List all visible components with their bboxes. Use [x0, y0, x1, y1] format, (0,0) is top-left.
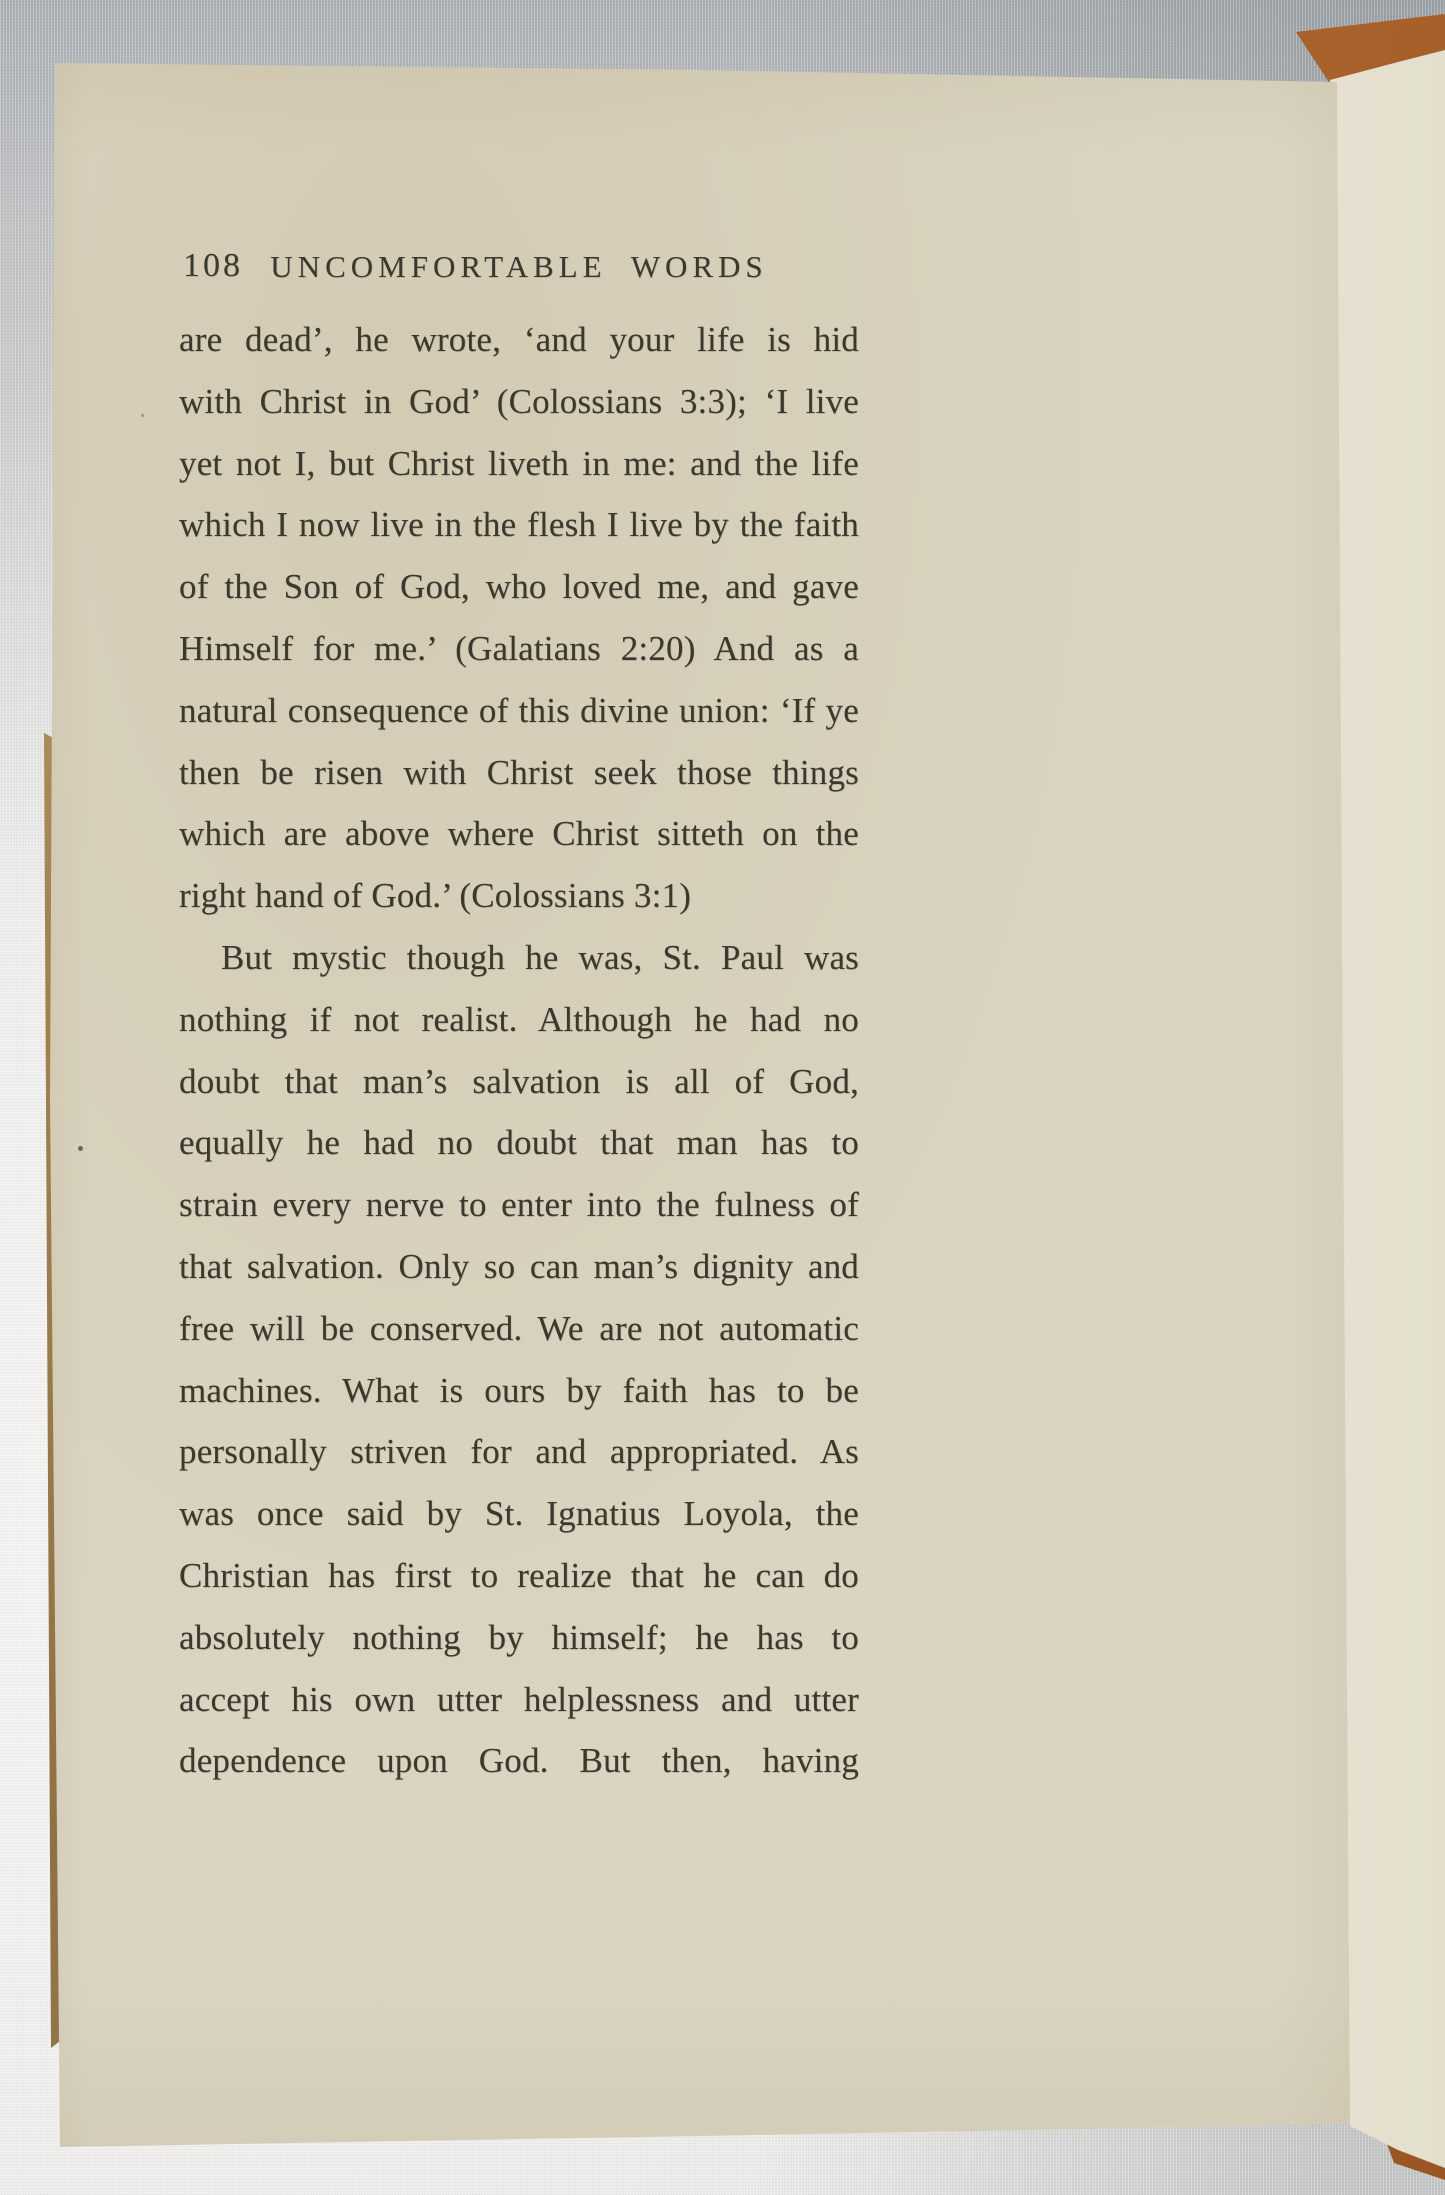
text-line: yet not I, but Christ liveth in me: and … [179, 433, 859, 495]
text-line: are dead’, he wrote, ‘and your life is h… [179, 309, 859, 371]
text-line: natural consequence of this divine union… [179, 680, 859, 742]
text-line: of the Son of God, who loved me, and gav… [179, 556, 859, 618]
text-line: equally he had no doubt that man has to [179, 1112, 859, 1174]
text-line: dependence upon God. But then, having [179, 1730, 859, 1792]
text-line: free will be conserved. We are not autom… [179, 1298, 859, 1360]
text-line: right hand of God.’ (Colossians 3:1) [179, 865, 859, 927]
paper-speck [78, 1146, 83, 1151]
running-header: UNCOMFORTABLE WORDS [179, 244, 859, 290]
text-line: with Christ in God’ (Colossians 3:3); ‘I… [179, 371, 859, 433]
text-line: absolutely nothing by himself; he has to [179, 1607, 859, 1669]
text-line: doubt that man’s salvation is all of God… [179, 1051, 859, 1113]
photograph-of-book-page: 108 UNCOMFORTABLE WORDS are dead’, he wr… [0, 0, 1445, 2195]
text-line: then be risen with Christ seek those thi… [179, 742, 859, 804]
text-line: nothing if not realist. Although he had … [179, 989, 859, 1051]
text-line: accept his own utter helplessness and ut… [179, 1669, 859, 1731]
text-line: which are above where Christ sitteth on … [179, 803, 859, 865]
text-line: Christian has first to realize that he c… [179, 1545, 859, 1607]
book-page: 108 UNCOMFORTABLE WORDS are dead’, he wr… [0, 0, 1445, 2195]
text-line: that salvation. Only so can man’s dignit… [179, 1236, 859, 1298]
text-line: But mystic though he was, St. Paul was [179, 927, 859, 989]
text-line: was once said by St. Ignatius Loyola, th… [179, 1483, 859, 1545]
text-line: machines. What is ours by faith has to b… [179, 1360, 859, 1422]
page-header: 108 UNCOMFORTABLE WORDS [179, 243, 859, 289]
text-line: Himself for me.’ (Galatians 2:20) And as… [179, 618, 859, 680]
text-line: which I now live in the flesh I live by … [179, 494, 859, 556]
text-line: personally striven for and appropriated.… [179, 1421, 859, 1483]
text-line: strain every nerve to enter into the ful… [179, 1174, 859, 1236]
body-text: are dead’, he wrote, ‘and your life is h… [179, 309, 859, 1792]
